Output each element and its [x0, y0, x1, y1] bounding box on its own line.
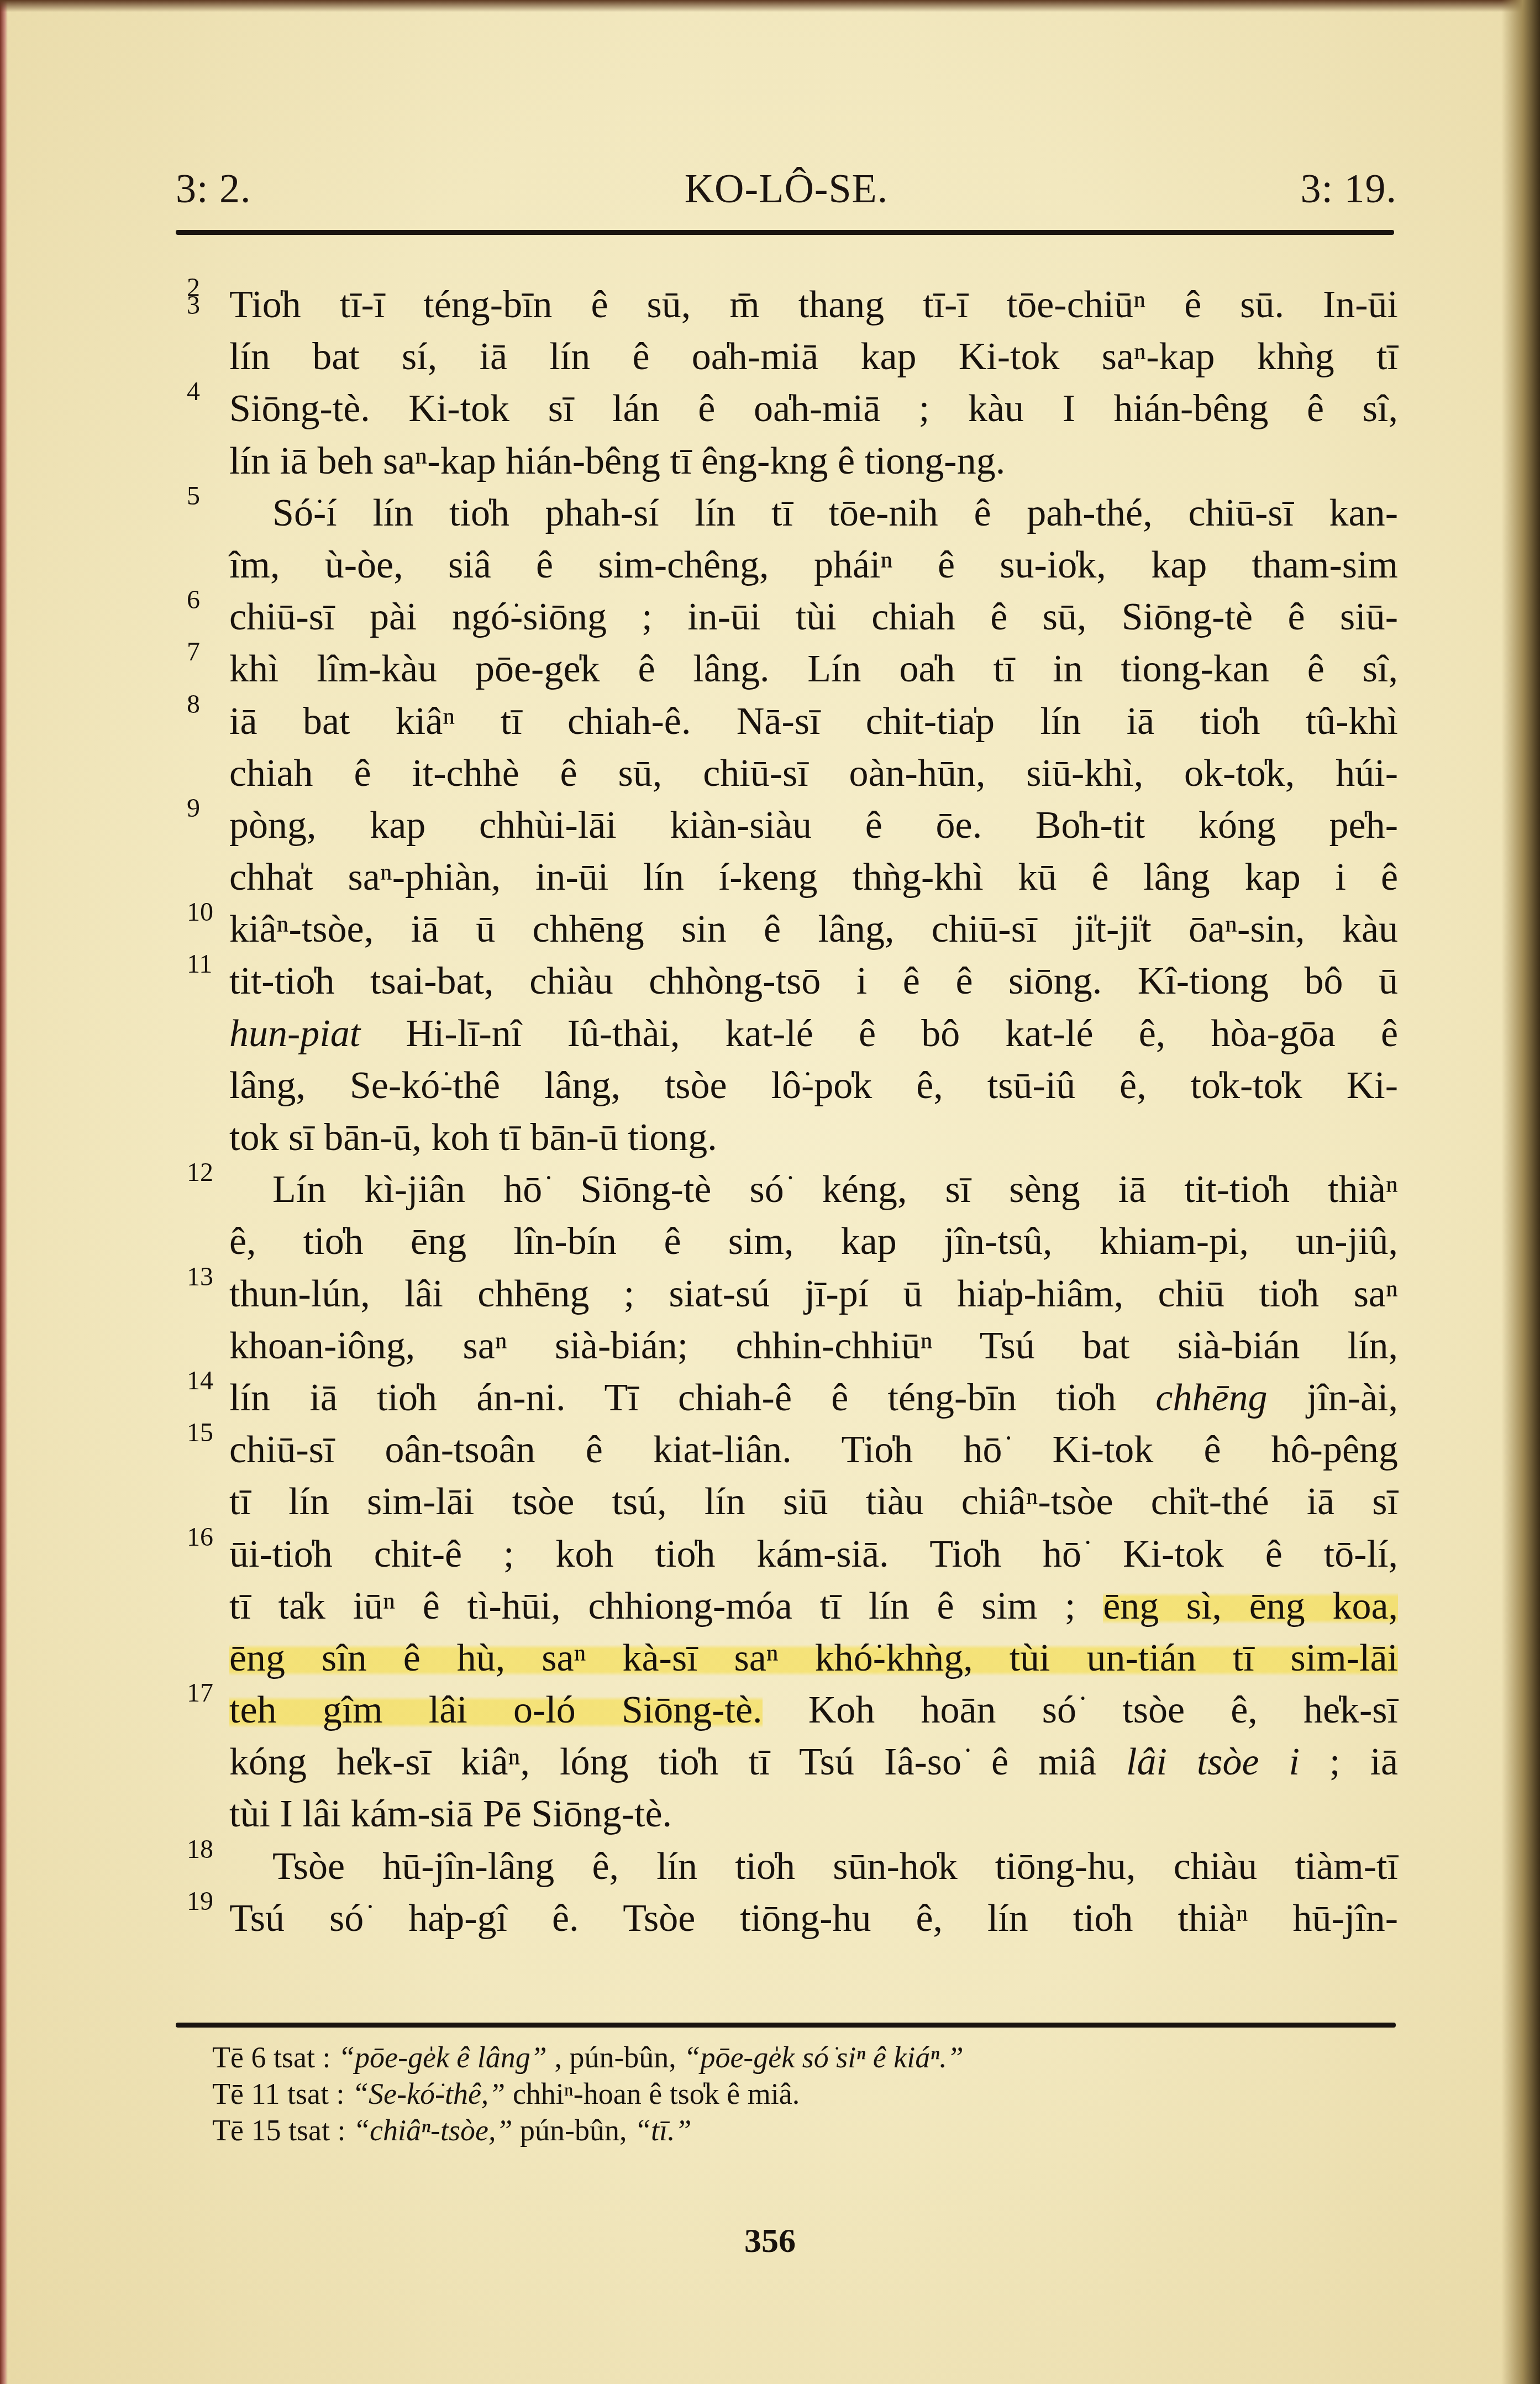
- verse-number: 9: [187, 792, 225, 825]
- highlighted-text: ēng sîn ê hù, saⁿ kà-sī saⁿ khó͘-khǹg, t…: [229, 1637, 1398, 1679]
- text-run: jîn-ài,: [1267, 1377, 1398, 1419]
- text-line: 6chiū-sī pài ngó͘-siōng ; in-ūi tùi chia…: [176, 591, 1398, 643]
- line-text: iā bat kiâⁿ tī chiah-ê. Nā-sī chit-tia̍p…: [229, 696, 1398, 748]
- header-rule: [176, 230, 1394, 235]
- line-text: chha̍t saⁿ-phiàn, in-ūi lín í-keng thǹg-…: [229, 852, 1398, 904]
- text-run: Koh hoān só͘ tsòe ê, he̍k-sī: [763, 1689, 1398, 1731]
- line-text: Tsú só͘ ha̍p-gî ê. Tsòe tiōng-hu ê, lín …: [229, 1893, 1398, 1945]
- footnote-ref: Tē 11 tsat :: [212, 2077, 352, 2110]
- line-text: Lín kì-jiân hō͘ Siōng-tè só͘ kéng, sī sè…: [272, 1164, 1398, 1216]
- text-line: 4Siōng-tè. Ki-tok sī lán ê oa̍h-miā ; kà…: [176, 383, 1398, 435]
- verse-number: 17: [187, 1677, 225, 1710]
- text-line: lín bat sí, iā lín ê oa̍h-miā kap Ki-tok…: [176, 331, 1398, 383]
- verse-number: 5: [187, 480, 225, 513]
- line-text: Siōng-tè. Ki-tok sī lán ê oa̍h-miā ; kàu…: [229, 383, 1398, 435]
- page-edge-right: [1501, 0, 1540, 2384]
- running-head-book-title: KO-LÔ-SE.: [176, 166, 1397, 213]
- line-text: îm, ù-òe, siâ ê sim-chêng, pháiⁿ ê su-io…: [229, 539, 1398, 591]
- text-line: tī lín sim-lāi tsòe tsú, lín siū tiàu ch…: [176, 1476, 1398, 1528]
- text-line: 23Tio̍h tī-ī téng-bīn ê sū, m̄ thang tī-…: [176, 279, 1398, 331]
- text-line: 9pòng, kap chhùi-lāi kiàn-siàu ê ōe. Bo̍…: [176, 800, 1398, 852]
- text-run: ; iā: [1300, 1741, 1398, 1783]
- book-page: 3: 2. KO-LÔ-SE. 3: 19. 23Tio̍h tī-ī téng…: [0, 0, 1540, 2384]
- verse-number: 13: [187, 1261, 225, 1294]
- line-text: Só͘-í lín tio̍h phah-sí lín tī tōe-nih ê…: [272, 487, 1398, 539]
- verse-number: 15: [187, 1416, 225, 1450]
- line-text: chiah ê it-chhè ê sū, chiū-sī oàn-hūn, s…: [229, 748, 1398, 800]
- page-edge-left: [0, 0, 8, 2384]
- text-line: 13thun-lún, lâi chhēng ; siat-sú jī-pí ū…: [176, 1268, 1398, 1320]
- text-run: lín iā tio̍h án-ni. Tī chiah-ê ê téng-bī…: [229, 1377, 1155, 1419]
- italic-text: chhēng: [1155, 1377, 1267, 1419]
- verse-number: 6: [187, 584, 225, 617]
- text-line: kóng he̍k-sī kiâⁿ, lóng tio̍h tī Tsú Iâ-…: [176, 1736, 1398, 1788]
- text-line: 15chiū-sī oân-tsoân ê kiat-liân. Tio̍h h…: [176, 1424, 1398, 1476]
- line-text: ēng sîn ê hù, saⁿ kà-sī saⁿ khó͘-khǹg, t…: [229, 1632, 1398, 1684]
- verse-number: 11: [187, 948, 225, 981]
- text-line: 11tit-tio̍h tsai-bat, chiàu chhòng-tsō i…: [176, 955, 1398, 1007]
- line-text: hun-piat Hi-lī-nî Iû-thài, kat-lé ê bô k…: [229, 1008, 1398, 1060]
- text-line: chiah ê it-chhè ê sū, chiū-sī oàn-hūn, s…: [176, 748, 1398, 800]
- italic-text: hun-piat: [229, 1012, 360, 1055]
- text-run: tī ta̍k iūⁿ ê tì-hūi, chhiong-móa tī lín…: [229, 1585, 1103, 1627]
- text-run: kóng he̍k-sī kiâⁿ, lóng tio̍h tī Tsú Iâ-…: [229, 1741, 1126, 1783]
- line-text: kóng he̍k-sī kiâⁿ, lóng tio̍h tī Tsú Iâ-…: [229, 1736, 1398, 1788]
- line-text: thun-lún, lâi chhēng ; siat-sú jī-pí ū h…: [229, 1268, 1398, 1320]
- line-text: kiâⁿ-tsòe, iā ū chhēng sin ê lâng, chiū-…: [229, 904, 1398, 955]
- text-line: 18Tsòe hū-jîn-lâng ê, lín tio̍h sūn-ho̍k…: [176, 1841, 1398, 1893]
- line-text: tī lín sim-lāi tsòe tsú, lín siū tiàu ch…: [229, 1476, 1398, 1528]
- verse-number: 16: [187, 1521, 225, 1554]
- verse-number: 10: [187, 896, 225, 929]
- text-line: ê, tio̍h ēng lîn-bín ê sim, kap jîn-tsû,…: [176, 1216, 1398, 1268]
- text-line: lín iā beh saⁿ-kap hián-bêng tī êng-kng …: [176, 435, 1398, 487]
- text-line: 8iā bat kiâⁿ tī chiah-ê. Nā-sī chit-tia̍…: [176, 696, 1398, 748]
- footnote-quote: “tī.”: [634, 2114, 692, 2147]
- footnote-ref: Tē 6 tsat :: [212, 2041, 338, 2074]
- footnote-text: pún-bûn,: [512, 2114, 634, 2147]
- line-text: chiū-sī oân-tsoân ê kiat-liân. Tio̍h hō͘…: [229, 1424, 1398, 1476]
- verse-number: 14: [187, 1364, 225, 1398]
- text-line: 14lín iā tio̍h án-ni. Tī chiah-ê ê téng-…: [176, 1372, 1398, 1424]
- highlighted-text: teh gîm lâi o-ló Siōng-tè.: [229, 1689, 763, 1731]
- footnote-quote: “chiâⁿ-tsòe,”: [353, 2114, 513, 2147]
- text-line: îm, ù-òe, siâ ê sim-chêng, pháiⁿ ê su-io…: [176, 539, 1398, 591]
- italic-text: lâi tsòe i: [1126, 1741, 1300, 1783]
- text-line: tok sī bān-ū, koh tī bān-ū tiong.: [176, 1112, 1398, 1164]
- highlighted-text: ēng sì, ēng koa,: [1103, 1585, 1398, 1627]
- line-text: chiū-sī pài ngó͘-siōng ; in-ūi tùi chiah…: [229, 591, 1398, 643]
- text-line: 17teh gîm lâi o-ló Siōng-tè. Koh hoān só…: [176, 1684, 1398, 1736]
- verse-number: 3: [187, 289, 225, 322]
- footnote-text: chhiⁿ-hoan ê tso̍k ê miâ.: [505, 2077, 800, 2110]
- text-line: 16ūi-tio̍h chit-ê ; koh tio̍h kám-siā. T…: [176, 1529, 1398, 1580]
- line-text: khì lîm-kàu pōe-ge̍k ê lâng. Lín oa̍h tī…: [229, 643, 1398, 695]
- line-text: lâng, Se-kó͘-thê lâng, tsòe lô͘-po̍k ê, …: [229, 1060, 1398, 1112]
- line-text: ê, tio̍h ēng lîn-bín ê sim, kap jîn-tsû,…: [229, 1216, 1398, 1268]
- verse-number: 19: [187, 1885, 225, 1918]
- text-line: 19Tsú só͘ ha̍p-gî ê. Tsòe tiōng-hu ê, lí…: [176, 1893, 1398, 1945]
- line-text: teh gîm lâi o-ló Siōng-tè. Koh hoān só͘ …: [229, 1684, 1398, 1736]
- verse-number: 8: [187, 688, 225, 721]
- text-line: 10kiâⁿ-tsòe, iā ū chhēng sin ê lâng, chi…: [176, 904, 1398, 955]
- verse-number: 18: [187, 1833, 225, 1866]
- text-line: ēng sîn ê hù, saⁿ kà-sī saⁿ khó͘-khǹg, t…: [176, 1632, 1398, 1684]
- text-line: 7khì lîm-kàu pōe-ge̍k ê lâng. Lín oa̍h t…: [176, 643, 1398, 695]
- text-line: khoan-iông, saⁿ sià-bián; chhin-chhiūⁿ T…: [176, 1320, 1398, 1372]
- verse-number: 12: [187, 1156, 225, 1189]
- footnote: Tē 6 tsat : “pōe-ge̍k ê lâng” , pún-bûn,…: [212, 2039, 1373, 2076]
- footnote: Tē 15 tsat : “chiâⁿ-tsòe,” pún-bûn, “tī.…: [212, 2112, 1373, 2149]
- text-line: 12Lín kì-jiân hō͘ Siōng-tè só͘ kéng, sī …: [176, 1164, 1398, 1216]
- page-number: 356: [0, 2222, 1540, 2261]
- line-text: pòng, kap chhùi-lāi kiàn-siàu ê ōe. Bo̍h…: [229, 800, 1398, 852]
- footnotes: Tē 6 tsat : “pōe-ge̍k ê lâng” , pún-bûn,…: [212, 2039, 1373, 2149]
- line-text: khoan-iông, saⁿ sià-bián; chhin-chhiūⁿ T…: [229, 1320, 1398, 1372]
- footnote-text: , pún-bûn,: [547, 2041, 684, 2074]
- verse-number: 4: [187, 375, 225, 408]
- text-line: chha̍t saⁿ-phiàn, in-ūi lín í-keng thǹg-…: [176, 852, 1398, 904]
- line-text: Tsòe hū-jîn-lâng ê, lín tio̍h sūn-ho̍k t…: [272, 1841, 1398, 1893]
- line-text: ūi-tio̍h chit-ê ; koh tio̍h kám-siā. Tio…: [229, 1529, 1398, 1580]
- footnote-quote: “Se-kó͘-thê,”: [352, 2077, 505, 2110]
- line-text: lín bat sí, iā lín ê oa̍h-miā kap Ki-tok…: [229, 331, 1398, 383]
- footnote-quote: “pōe-ge̍k só͘ siⁿ ê kiáⁿ.”: [684, 2041, 963, 2074]
- text-line: 5Só͘-í lín tio̍h phah-sí lín tī tōe-nih …: [176, 487, 1398, 539]
- line-text: Tio̍h tī-ī téng-bīn ê sū, m̄ thang tī-ī …: [229, 279, 1398, 331]
- line-text: lín iā beh saⁿ-kap hián-bêng tī êng-kng …: [229, 435, 1398, 487]
- footnote-ref: Tē 15 tsat :: [212, 2114, 353, 2147]
- line-text: tùi I lâi kám-siā Pē Siōng-tè.: [229, 1788, 1398, 1840]
- text-run: Hi-lī-nî Iû-thài, kat-lé ê bô kat-lé ê, …: [360, 1012, 1398, 1055]
- running-head: 3: 2. KO-LÔ-SE. 3: 19.: [176, 166, 1397, 216]
- text-line: tī ta̍k iūⁿ ê tì-hūi, chhiong-móa tī lín…: [176, 1580, 1398, 1632]
- footnote: Tē 11 tsat : “Se-kó͘-thê,” chhiⁿ-hoan ê …: [212, 2076, 1373, 2112]
- line-text: tok sī bān-ū, koh tī bān-ū tiong.: [229, 1112, 1398, 1164]
- text-line: tùi I lâi kám-siā Pē Siōng-tè.: [176, 1788, 1398, 1840]
- line-text: tit-tio̍h tsai-bat, chiàu chhòng-tsō i ê…: [229, 955, 1398, 1007]
- running-head-end-ref: 3: 19.: [1300, 166, 1397, 213]
- footnote-quote: “pōe-ge̍k ê lâng”: [338, 2041, 547, 2074]
- page-edge-top: [0, 0, 1540, 12]
- line-text: lín iā tio̍h án-ni. Tī chiah-ê ê téng-bī…: [229, 1372, 1398, 1424]
- footnote-rule: [176, 2023, 1396, 2028]
- verse-number: 7: [187, 636, 225, 669]
- scripture-text: 23Tio̍h tī-ī téng-bīn ê sū, m̄ thang tī-…: [176, 279, 1398, 1945]
- text-line: hun-piat Hi-lī-nî Iû-thài, kat-lé ê bô k…: [176, 1008, 1398, 1060]
- line-text: tī ta̍k iūⁿ ê tì-hūi, chhiong-móa tī lín…: [229, 1580, 1398, 1632]
- text-line: lâng, Se-kó͘-thê lâng, tsòe lô͘-po̍k ê, …: [176, 1060, 1398, 1112]
